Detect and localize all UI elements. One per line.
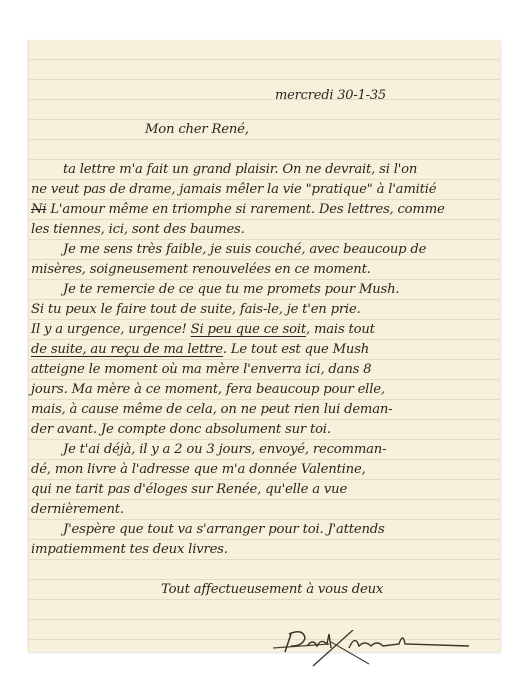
letter-line-16: dé, mon livre à l'adresse que m'a donnée… xyxy=(31,462,366,477)
letter-line-7: Je te remercie de ce que tu me promets p… xyxy=(63,282,399,297)
le-tout-text: . Le tout est que Mush xyxy=(223,342,369,357)
letter-line-11: atteigne le moment où ma mère l'enverra … xyxy=(31,362,371,377)
signature-strokes-icon xyxy=(269,630,479,690)
underlined-phrase-1: Si peu que ce soit xyxy=(191,322,306,337)
letter-line-2: ne veut pas de drame, jamais mêler la vi… xyxy=(31,182,436,197)
letter-date: mercredi 30-1-35 xyxy=(275,88,386,103)
letter-line-4: les tiennes, ici, sont des baumes. xyxy=(31,222,245,237)
urgence-text: Il y a urgence, urgence! xyxy=(31,322,187,337)
letter-line-20: impatiemment tes deux livres. xyxy=(31,542,228,557)
underlined-phrase-2: de suite, au reçu de ma lettre xyxy=(31,342,223,357)
letter-line-9: Il y a urgence, urgence! Si peu que ce s… xyxy=(31,322,375,337)
letter-line-13: mais, à cause même de cela, on ne peut r… xyxy=(31,402,392,417)
letter-line-15: Je t'ai déjà, il y a 2 ou 3 jours, envoy… xyxy=(63,442,386,457)
letter-line-17: qui ne tarit pas d'éloges sur Renée, qu'… xyxy=(31,482,347,497)
letter-line-18: dernièrement. xyxy=(31,502,124,517)
letter-line-19: J'espère que tout va s'arranger pour toi… xyxy=(63,522,385,537)
letter-line-6: misères, soigneusement renouvelées en ce… xyxy=(31,262,371,277)
letter-line-14: der avant. Je compte donc absolument sur… xyxy=(31,422,331,437)
letter-salutation: Mon cher René, xyxy=(145,122,249,137)
letter-line-3: Ni L'amour même en triomphe si rarement.… xyxy=(31,202,445,217)
letter-line-1: ta lettre m'a fait un grand plaisir. On … xyxy=(63,162,417,177)
signature xyxy=(269,630,479,690)
mais-tout-text: , mais tout xyxy=(306,322,375,337)
letter-line-8: Si tu peux le faire tout de suite, fais-… xyxy=(31,302,361,317)
letter-line-3-text: L'amour même en triomphe si rarement. De… xyxy=(50,202,444,217)
letter-page: mercredi 30-1-35 Mon cher René, ta lettr… xyxy=(28,40,500,652)
letter-line-10: de suite, au reçu de ma lettre. Le tout … xyxy=(31,342,369,357)
struck-word: Ni xyxy=(31,202,46,217)
letter-line-5: Je me sens très faible, je suis couché, … xyxy=(63,242,426,257)
letter-line-12: jours. Ma mère à ce moment, fera beaucou… xyxy=(31,382,385,397)
letter-closing: Tout affectueusement à vous deux xyxy=(161,582,383,597)
